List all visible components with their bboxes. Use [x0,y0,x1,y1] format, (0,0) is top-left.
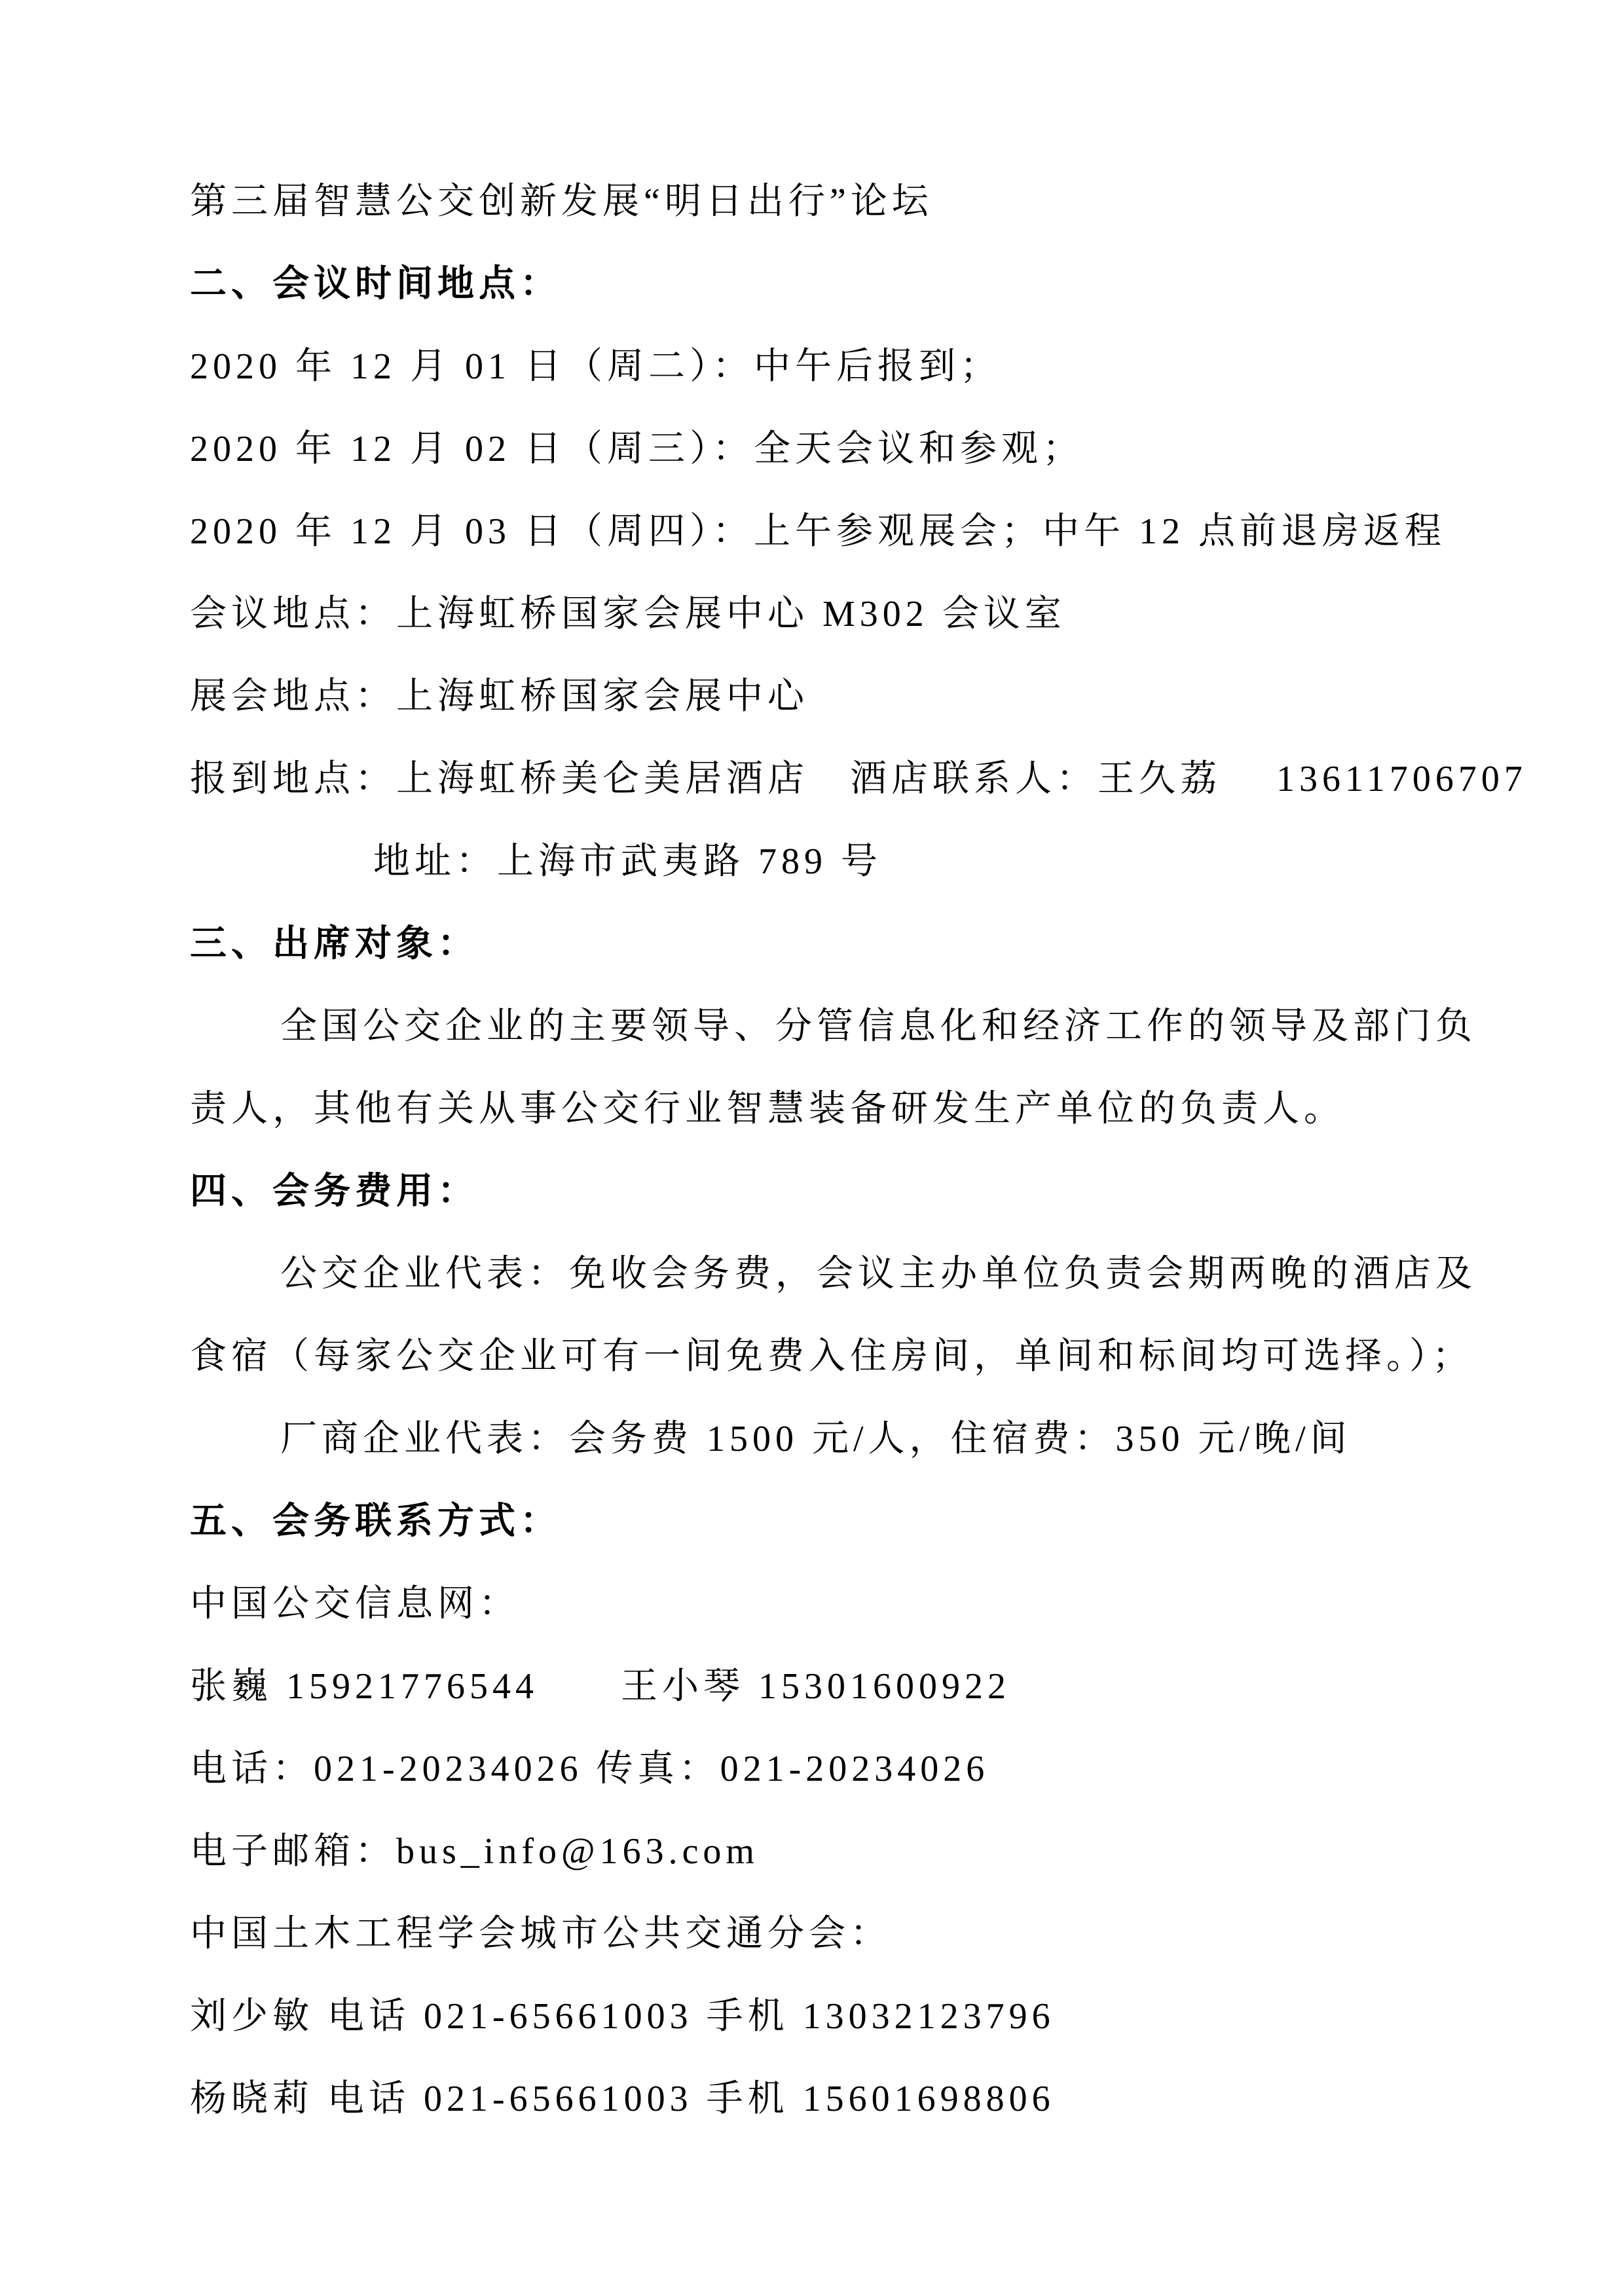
line-forum-title: 第三届智慧公交创新发展“明日出行”论坛 [190,160,1441,243]
line-fees-bus-companies-part1: 公交企业代表：免收会务费，会议主办单位负责会期两晚的酒店及 [190,1233,1441,1315]
line-contacts-zhang-wang: 张巍 15921776544 王小琴 15301600922 [190,1645,1441,1728]
document-body: 第三届智慧公交创新发展“明日出行”论坛 二、会议时间地点： 2020 年 12 … [190,160,1441,2140]
line-meeting-venue: 会议地点：上海虹桥国家会展中心 M302 会议室 [190,573,1441,655]
line-hotel-address: 地址：上海市武夷路 789 号 [190,820,1441,903]
line-phone-fax: 电话：021-20234026 传真：021-20234026 [190,1728,1441,1810]
line-expo-venue: 展会地点：上海虹桥国家会展中心 [190,655,1441,738]
line-fees-bus-companies-part2: 食宿（每家公交企业可有一间免费入住房间，单间和标间均可选择。）； [190,1315,1441,1398]
line-china-bus-info-net: 中国公交信息网： [190,1563,1441,1645]
line-contact-yang-xiaoli: 杨晓莉 电话 021-65661003 手机 15601698806 [190,2058,1441,2140]
heading-section-4-fees: 四、会务费用： [190,1150,1441,1233]
line-checkin-hotel-contact: 报到地点：上海虹桥美仑美居酒店 酒店联系人：王久荔 13611706707 [190,738,1441,820]
line-fees-vendors: 厂商企业代表：会务费 1500 元/人，住宿费：350 元/晚/间 [190,1398,1441,1480]
line-date-dec03: 2020 年 12 月 03 日（周四）：上午参观展会；中午 12 点前退房返程 [190,490,1441,573]
heading-section-3-attendees: 三、出席对象： [190,903,1441,985]
document-page: 第三届智慧公交创新发展“明日出行”论坛 二、会议时间地点： 2020 年 12 … [0,0,1624,2296]
line-contact-liu-shaomin: 刘少敏 电话 021-65661003 手机 13032123796 [190,1975,1441,2058]
line-email: 电子邮箱：bus_info@163.com [190,1810,1441,1893]
line-date-dec01: 2020 年 12 月 01 日（周二）：中午后报到； [190,325,1441,408]
line-date-dec02: 2020 年 12 月 02 日（周三）：全天会议和参观； [190,408,1441,490]
heading-section-5-contacts: 五、会务联系方式： [190,1480,1441,1563]
heading-section-2-meeting-time-place: 二、会议时间地点： [190,243,1441,325]
line-civil-engineering-society: 中国土木工程学会城市公共交通分会： [190,1893,1441,1975]
line-attendees-part1: 全国公交企业的主要领导、分管信息化和经济工作的领导及部门负 [190,985,1441,1068]
line-attendees-part2: 责人，其他有关从事公交行业智慧装备研发生产单位的负责人。 [190,1068,1441,1150]
